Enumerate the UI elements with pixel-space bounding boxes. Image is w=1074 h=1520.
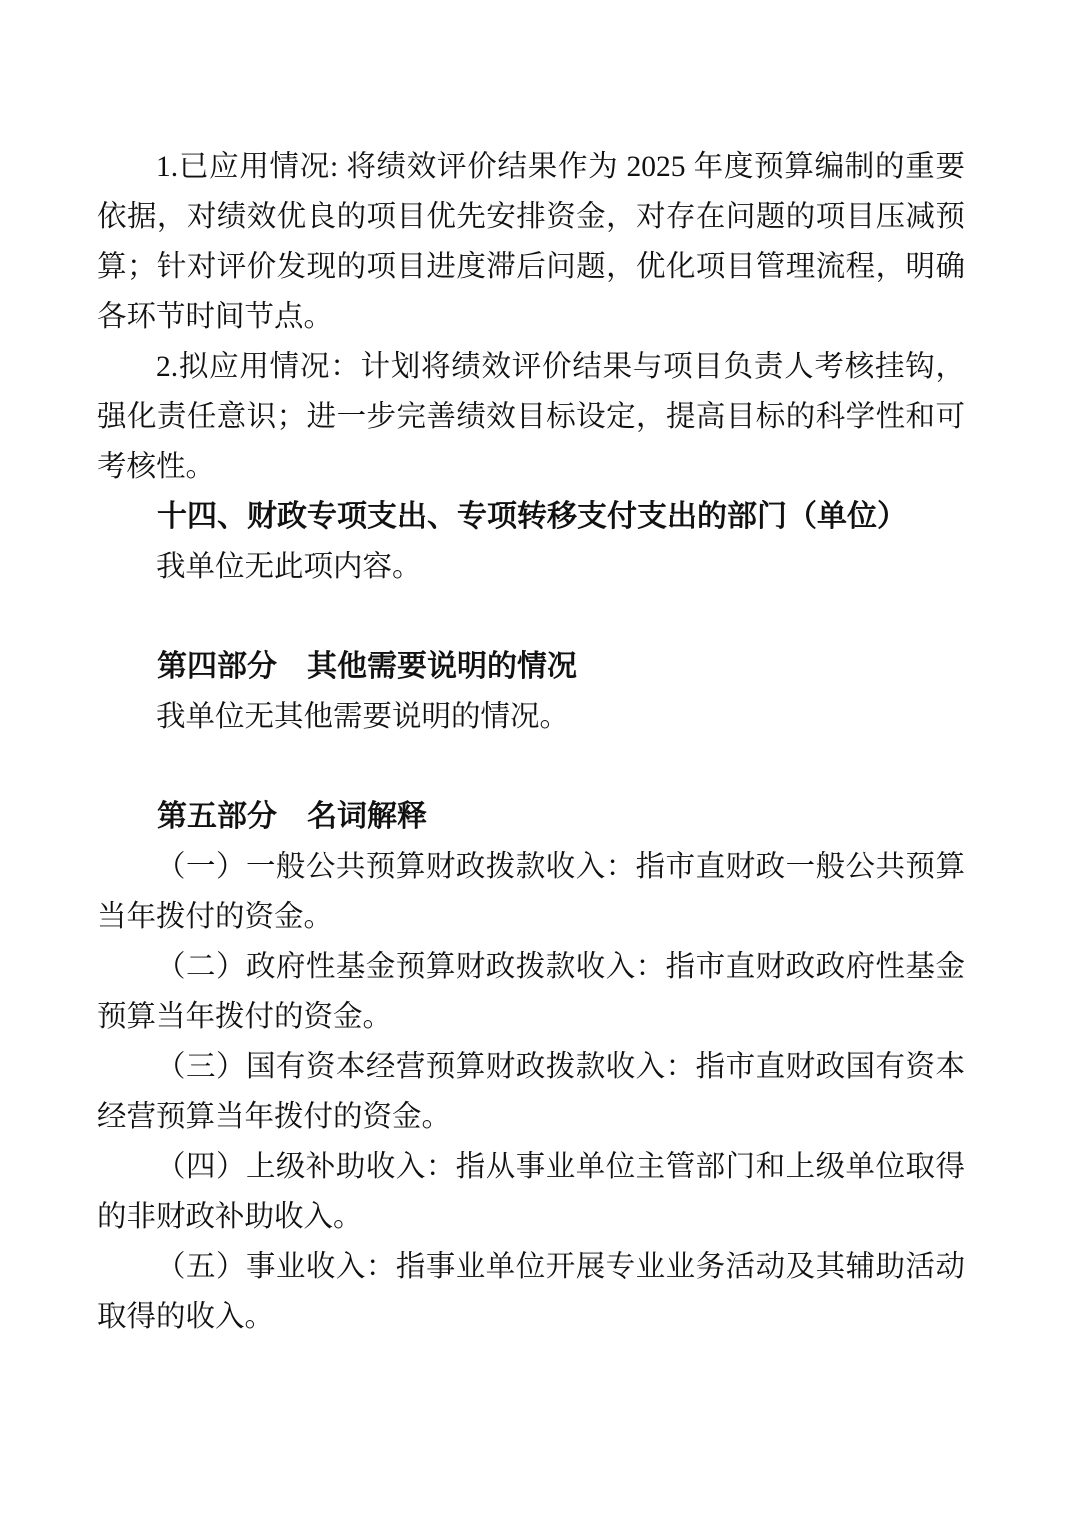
body-paragraph: 我单位无其他需要说明的情况。 [97, 692, 965, 742]
body-paragraph: （一）一般公共预算财政拨款收入：指市直财政一般公共预算当年拨付的资金。 [97, 842, 965, 942]
body-paragraph: 我单位无此项内容。 [97, 542, 965, 592]
body-paragraph: 2.拟应用情况：计划将绩效评价结果与项目负责人考核挂钩，强化责任意识；进一步完善… [97, 342, 965, 492]
document-page: 1.已应用情况: 将绩效评价结果作为 2025 年度预算编制的重要依据，对绩效优… [0, 0, 1074, 1520]
blank-line [97, 592, 965, 642]
part-heading: 第五部分 名词解释 [97, 792, 965, 842]
document-content: 1.已应用情况: 将绩效评价结果作为 2025 年度预算编制的重要依据，对绩效优… [97, 142, 965, 1342]
body-paragraph: 1.已应用情况: 将绩效评价结果作为 2025 年度预算编制的重要依据，对绩效优… [97, 142, 965, 342]
body-paragraph: （四）上级补助收入：指从事业单位主管部门和上级单位取得的非财政补助收入。 [97, 1142, 965, 1242]
body-paragraph: （二）政府性基金预算财政拨款收入：指市直财政政府性基金预算当年拨付的资金。 [97, 942, 965, 1042]
part-heading: 第四部分 其他需要说明的情况 [97, 642, 965, 692]
body-paragraph: （五）事业收入：指事业单位开展专业业务活动及其辅助活动取得的收入。 [97, 1242, 965, 1342]
blank-line [97, 742, 965, 792]
section-heading: 十四、财政专项支出、专项转移支付支出的部门（单位） [97, 492, 965, 542]
body-paragraph: （三）国有资本经营预算财政拨款收入：指市直财政国有资本经营预算当年拨付的资金。 [97, 1042, 965, 1142]
